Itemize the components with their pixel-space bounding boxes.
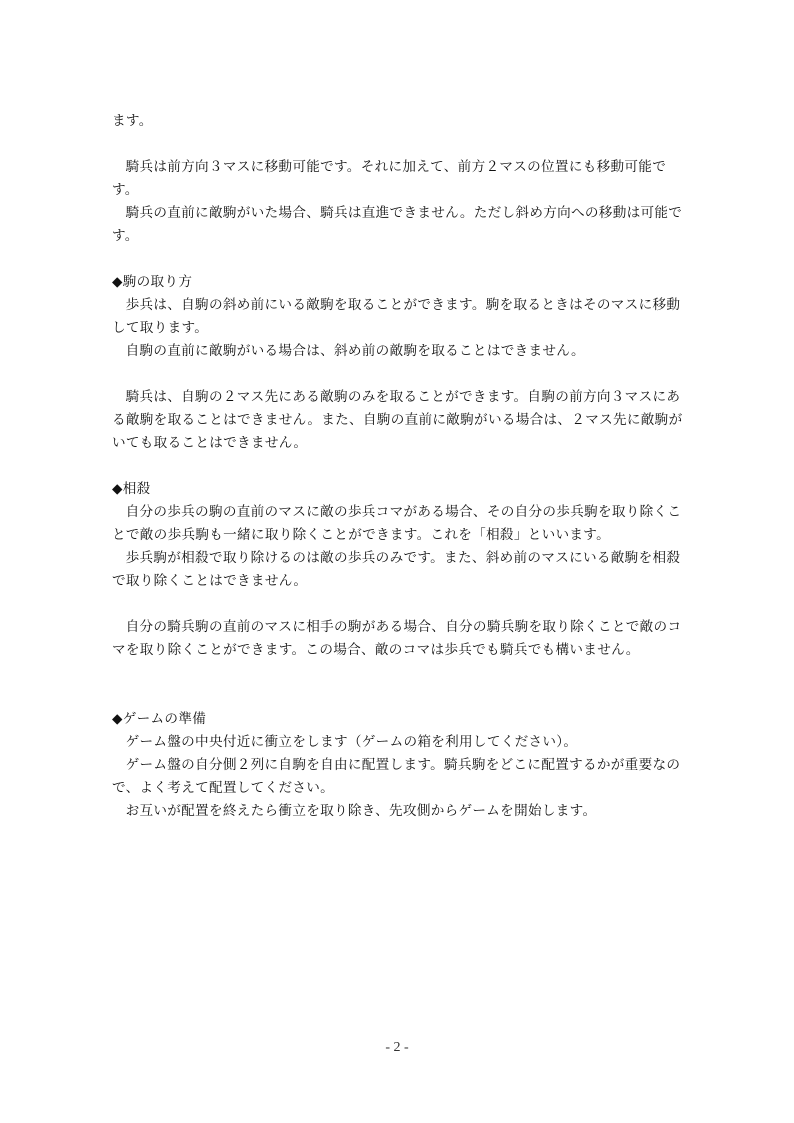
paragraph: 騎兵の直前に敵駒がいた場合、騎兵は直進できません。ただし斜め方向への移動は可能で… [112, 202, 692, 248]
page-body: ます。 騎兵は前方向３マスに移動可能です。それに加えて、前方２マスの位置にも移動… [112, 110, 692, 823]
paragraph: 自駒の直前に敵駒がいる場合は、斜め前の敵駒を取ることはできません。 [112, 340, 692, 363]
paragraph: 騎兵は、自駒の２マス先にある敵駒のみを取ることができます。自駒の前方向３マスにあ… [112, 386, 692, 455]
paragraph: 騎兵は前方向３マスに移動可能です。それに加えて、前方２マスの位置にも移動可能です… [112, 156, 692, 202]
paragraph: 自分の騎兵駒の直前のマスに相手の駒がある場合、自分の騎兵駒を取り除くことで敵のコ… [112, 616, 692, 662]
paragraph: 歩兵は、自駒の斜め前にいる敵駒を取ることができます。駒を取るときはそのマスに移動… [112, 294, 692, 340]
page-number: - 2 - [0, 1040, 794, 1056]
paragraph: 自分の歩兵の駒の直前のマスに敵の歩兵コマがある場合、その自分の歩兵駒を取り除くこ… [112, 501, 692, 547]
paragraph: 歩兵駒が相殺で取り除けるのは敵の歩兵のみです。また、斜め前のマスにいる敵駒を相殺… [112, 547, 692, 593]
continuation-text: ます。 [112, 110, 692, 133]
section-heading-setup: ◆ゲームの準備 [112, 708, 692, 731]
paragraph: ゲーム盤の中央付近に衝立をします（ゲームの箱を利用してください）。 [112, 731, 692, 754]
section-heading-offset: ◆相殺 [112, 478, 692, 501]
paragraph: ゲーム盤の自分側２列に自駒を自由に配置します。騎兵駒をどこに配置するかが重要なの… [112, 754, 692, 800]
section-heading-capture: ◆駒の取り方 [112, 271, 692, 294]
paragraph: お互いが配置を終えたら衝立を取り除き、先攻側からゲームを開始します。 [112, 800, 692, 823]
